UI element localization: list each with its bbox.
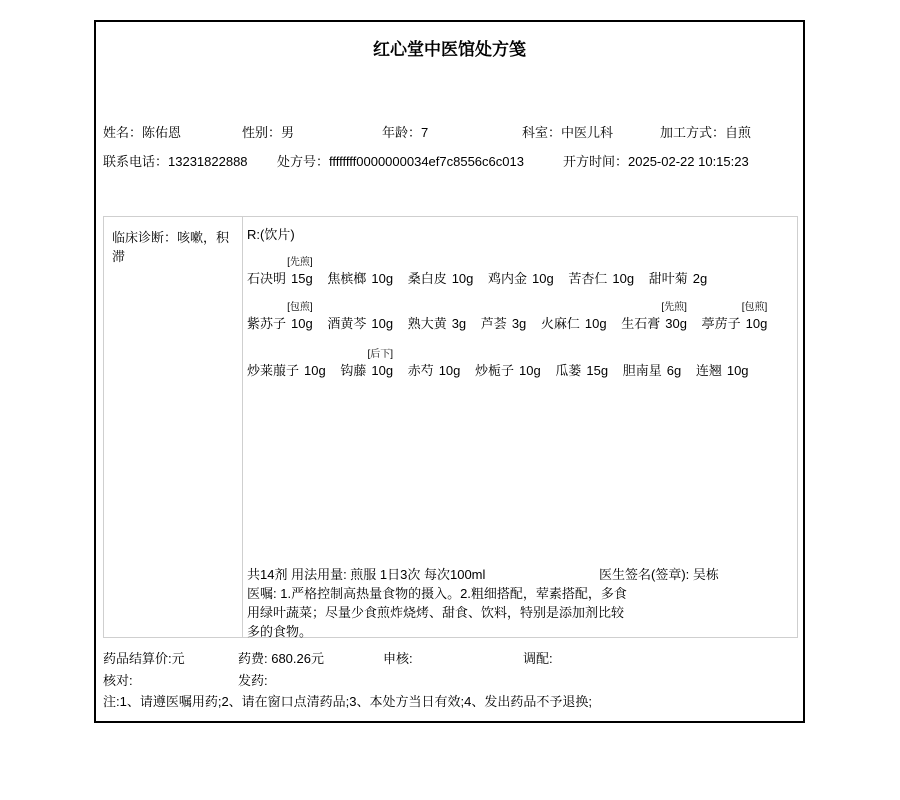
medicine-dose: 10g (304, 363, 326, 378)
medicine-name: 钩藤 (340, 363, 366, 378)
medicine-name: 赤芍 (408, 363, 434, 378)
medicine-dose: 10g (532, 271, 554, 286)
processing-method-field: 加工方式：自煎 (660, 122, 751, 141)
medicine-dose: 3g (512, 316, 526, 331)
medicine-item: 焦槟榔10g (327, 255, 393, 288)
prescription-table: 临床诊断：咳嗽，积滞 R:(饮片) [先煎]石决明15g 焦槟榔10g 桑白皮1… (103, 216, 798, 638)
check-field: 核对: (103, 670, 133, 689)
medicine-item: 火麻仁10g (541, 300, 607, 333)
medicine-item: [包煎]葶苈子10g (702, 300, 768, 333)
medicine-item: [先煎]石决明15g (247, 255, 313, 288)
medicine-name: 石决明 (247, 271, 286, 286)
medicine-tag (488, 255, 554, 270)
patient-info-row-2: 联系电话：13231822888 处方号：ffffffff0000000034e… (96, 151, 803, 171)
medicine-item: 鸡内金10g (488, 255, 554, 288)
medicine-tag (649, 255, 707, 270)
phone-field: 联系电话：13231822888 (103, 151, 248, 170)
medicine-dose: 10g (439, 363, 461, 378)
settlement-price-field: 药品结算价:元 (103, 648, 185, 667)
medicine-item: 苦杏仁10g (568, 255, 634, 288)
medicine-dose: 10g (452, 271, 474, 286)
medicine-name: 火麻仁 (541, 316, 580, 331)
medicine-tag (623, 347, 681, 362)
rx-content-cell: R:(饮片) [先煎]石决明15g 焦槟榔10g 桑白皮10g 鸡内金10g 苦… (243, 217, 797, 637)
review-field: 申核: (383, 648, 413, 667)
medicine-tag (568, 255, 634, 270)
medicine-tag (481, 300, 526, 315)
medicine-name: 甜叶菊 (649, 271, 688, 286)
medicine-dose: 10g (612, 271, 634, 286)
medicine-row-3: 炒莱菔子10g [后下]钩藤10g 赤芍10g 炒栀子10g 瓜蒌15g 胆南星… (247, 347, 791, 380)
doctor-signature: 医生签名(签章): 吴栋 (599, 566, 719, 584)
medicine-dose: 10g (727, 363, 749, 378)
medicine-item: 瓜蒌15g (555, 347, 608, 380)
medicine-item: 甜叶菊2g (649, 255, 707, 288)
clinical-diagnosis: 临床诊断：咳嗽，积滞 (104, 217, 243, 637)
medicine-name: 胆南星 (623, 363, 662, 378)
medical-advice: 医嘱: 1.严格控制高热量食物的摄入。2.粗细搭配，荤素搭配，多食用绿叶蔬菜；尽… (247, 584, 633, 641)
medicine-tag (541, 300, 607, 315)
medicine-tag: [包煎] (702, 300, 768, 315)
department-field: 科室：中医儿科 (522, 122, 613, 141)
medicine-name: 生石膏 (621, 316, 660, 331)
medicine-item: [包煎]紫苏子10g (247, 300, 313, 333)
medicine-name: 连翘 (696, 363, 722, 378)
medicine-item: [后下]钩藤10g (340, 347, 393, 380)
issue-time-field: 开方时间：2025-02-22 10:15:23 (563, 151, 749, 170)
medicine-tag (475, 347, 541, 362)
medicine-name: 紫苏子 (247, 316, 286, 331)
medicine-item: 赤芍10g (408, 347, 461, 380)
medicine-tag (408, 347, 461, 362)
medicine-dose: 10g (371, 363, 393, 378)
patient-gender-field: 性别：男 (242, 122, 294, 141)
medicine-tag (327, 300, 393, 315)
patient-age-field: 年龄：7 (382, 122, 428, 141)
medicine-tag (408, 255, 474, 270)
prescription-no-field: 处方号：ffffffff0000000034ef7c8556c6c013 (277, 151, 524, 170)
medicine-item: [先煎]生石膏30g (621, 300, 687, 333)
medicine-tag: [包煎] (247, 300, 313, 315)
patient-name-field: 姓名：陈佑恩 (103, 122, 181, 141)
medicine-dose: 3g (452, 316, 466, 331)
medicine-tag: [先煎] (247, 255, 313, 270)
medicine-name: 酒黄芩 (327, 316, 366, 331)
medicine-name: 芦荟 (481, 316, 507, 331)
medicine-tag (555, 347, 608, 362)
medicine-row-1: [先煎]石决明15g 焦槟榔10g 桑白皮10g 鸡内金10g 苦杏仁10g 甜… (247, 255, 791, 288)
prepare-field: 调配: (523, 648, 553, 667)
dispense-field: 发药: (238, 670, 268, 689)
medicine-tag (327, 255, 393, 270)
medicine-row-2: [包煎]紫苏子10g 酒黄芩10g 熟大黄3g 芦荟3g 火麻仁10g [先煎]… (247, 300, 791, 333)
medicine-name: 桑白皮 (408, 271, 447, 286)
medicine-item: 连翘10g (696, 347, 749, 380)
medicine-item: 熟大黄3g (408, 300, 466, 333)
medicine-name: 焦槟榔 (327, 271, 366, 286)
medicine-dose: 10g (519, 363, 541, 378)
medicine-name: 葶苈子 (702, 316, 741, 331)
medicine-name: 熟大黄 (408, 316, 447, 331)
medicine-item: 酒黄芩10g (327, 300, 393, 333)
medicine-item: 炒莱菔子10g (247, 347, 326, 380)
medicine-dose: 2g (693, 271, 707, 286)
medicine-tag: [后下] (340, 347, 393, 362)
medicine-tag (408, 300, 466, 315)
medicine-dose: 10g (371, 271, 393, 286)
medicine-dose: 15g (291, 271, 313, 286)
medicine-item: 炒栀子10g (475, 347, 541, 380)
medicine-dose: 10g (585, 316, 607, 331)
medicine-dose: 6g (667, 363, 681, 378)
medicine-dose: 30g (665, 316, 687, 331)
patient-info-row-1: 姓名：陈佑恩 性别：男 年龄：7 科室：中医儿科 加工方式：自煎 (96, 122, 803, 142)
medicine-dose: 15g (586, 363, 608, 378)
medicine-dose: 10g (746, 316, 768, 331)
medicine-item: 芦荟3g (481, 300, 526, 333)
rx-header: R:(饮片) (247, 227, 791, 243)
prescription-sheet: 红心堂中医馆处方笺 姓名：陈佑恩 性别：男 年龄：7 科室：中医儿科 加工方式：… (94, 20, 805, 723)
medicine-dose: 10g (371, 316, 393, 331)
medicine-item: 桑白皮10g (408, 255, 474, 288)
medicine-name: 炒栀子 (475, 363, 514, 378)
rx-spacer (247, 380, 791, 566)
medicine-dose: 10g (291, 316, 313, 331)
medicine-name: 苦杏仁 (568, 271, 607, 286)
medicine-tag: [先煎] (621, 300, 687, 315)
medicine-tag (696, 347, 749, 362)
notes-field: 注:1、请遵医嘱用药;2、请在窗口点清药品;3、本处方当日有效;4、发出药品不予… (103, 691, 592, 710)
usage-line: 共14剂 用法用量: 煎服 1日3次 每次100ml 医生签名(签章): 吴栋 (247, 566, 791, 584)
medicine-tag (247, 347, 326, 362)
medicine-name: 炒莱菔子 (247, 363, 299, 378)
usage-dosage: 共14剂 用法用量: 煎服 1日3次 每次100ml (247, 567, 485, 582)
medicine-item: 胆南星6g (623, 347, 681, 380)
fee-field: 药费: 680.26元 (238, 648, 324, 667)
medicine-name: 鸡内金 (488, 271, 527, 286)
medicine-name: 瓜蒌 (555, 363, 581, 378)
page-title: 红心堂中医馆处方笺 (96, 35, 803, 60)
